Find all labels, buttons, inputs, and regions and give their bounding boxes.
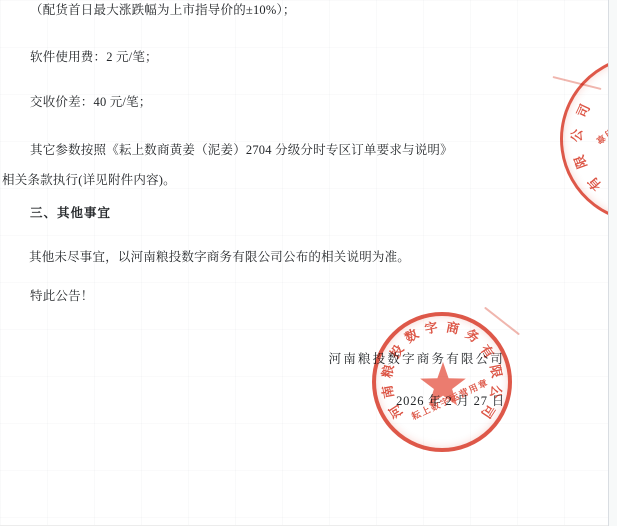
seal-arc-character: 司 [477, 402, 500, 423]
section-heading-other-matters: 三、其他事宜 [30, 206, 111, 221]
seal-arc-character: 有 [477, 340, 500, 361]
seal-arc-character: 河 [384, 402, 407, 423]
seal-bottom-text: 耘上数字运营用章 [593, 91, 609, 148]
paragraph-delivery-spread: 交收价差：40 元/笔； [30, 95, 152, 110]
seal-arc-character: 有 [582, 173, 605, 195]
seal-arc-character: 南 [376, 384, 397, 400]
seal-arc-character: 数 [400, 324, 421, 347]
seal-arc-character: 投 [384, 340, 407, 361]
partial-seal: 耘上数字运营用章 河南粮投数字商务有限公司 [549, 44, 609, 234]
seal-arc-character: 司 [571, 100, 594, 120]
official-seal: 耘上数字运营用章 河南粮投数字商务有限公司 [372, 312, 512, 452]
seal-arc-character: 公 [486, 384, 507, 400]
page-right-gutter [608, 0, 617, 526]
document-viewer: （配货首日最大涨跌幅为上市指导价的±10%）； 软件使用费：2 元/笔； 交收价… [0, 0, 617, 526]
seal-arc-character: 公 [566, 129, 586, 143]
seal-arc-character: 粮 [377, 362, 398, 379]
paragraph-software-fee: 软件使用费：2 元/笔； [30, 50, 158, 65]
seal-arc-character: 限 [569, 153, 591, 172]
paragraph-unresolved-matters: 其他未尽事宜，以河南粮投数字商务有限公司公布的相关说明为准。 [29, 250, 410, 265]
paragraph-price-limit-note: （配货首日最大涨跌幅为上市指导价的±10%）； [30, 3, 296, 18]
document-page[interactable]: （配货首日最大涨跌幅为上市指导价的±10%）； 软件使用费：2 元/笔； 交收价… [0, 0, 609, 526]
seal-arc-character: 商 [445, 316, 461, 337]
seal-arc-character: 字 [423, 316, 439, 337]
paragraph-announcement-closing: 特此公告！ [30, 289, 94, 304]
seal-arc-character: 务 [462, 324, 483, 347]
paragraph-other-params-line2: 相关条款执行(详见附件内容)。 [2, 173, 176, 188]
paragraph-other-params-line1: 其它参数按照《耘上数商黄姜（泥姜）2704 分级分时专区订单要求与说明》 [30, 143, 453, 158]
seal-arc-character: 限 [486, 362, 507, 379]
